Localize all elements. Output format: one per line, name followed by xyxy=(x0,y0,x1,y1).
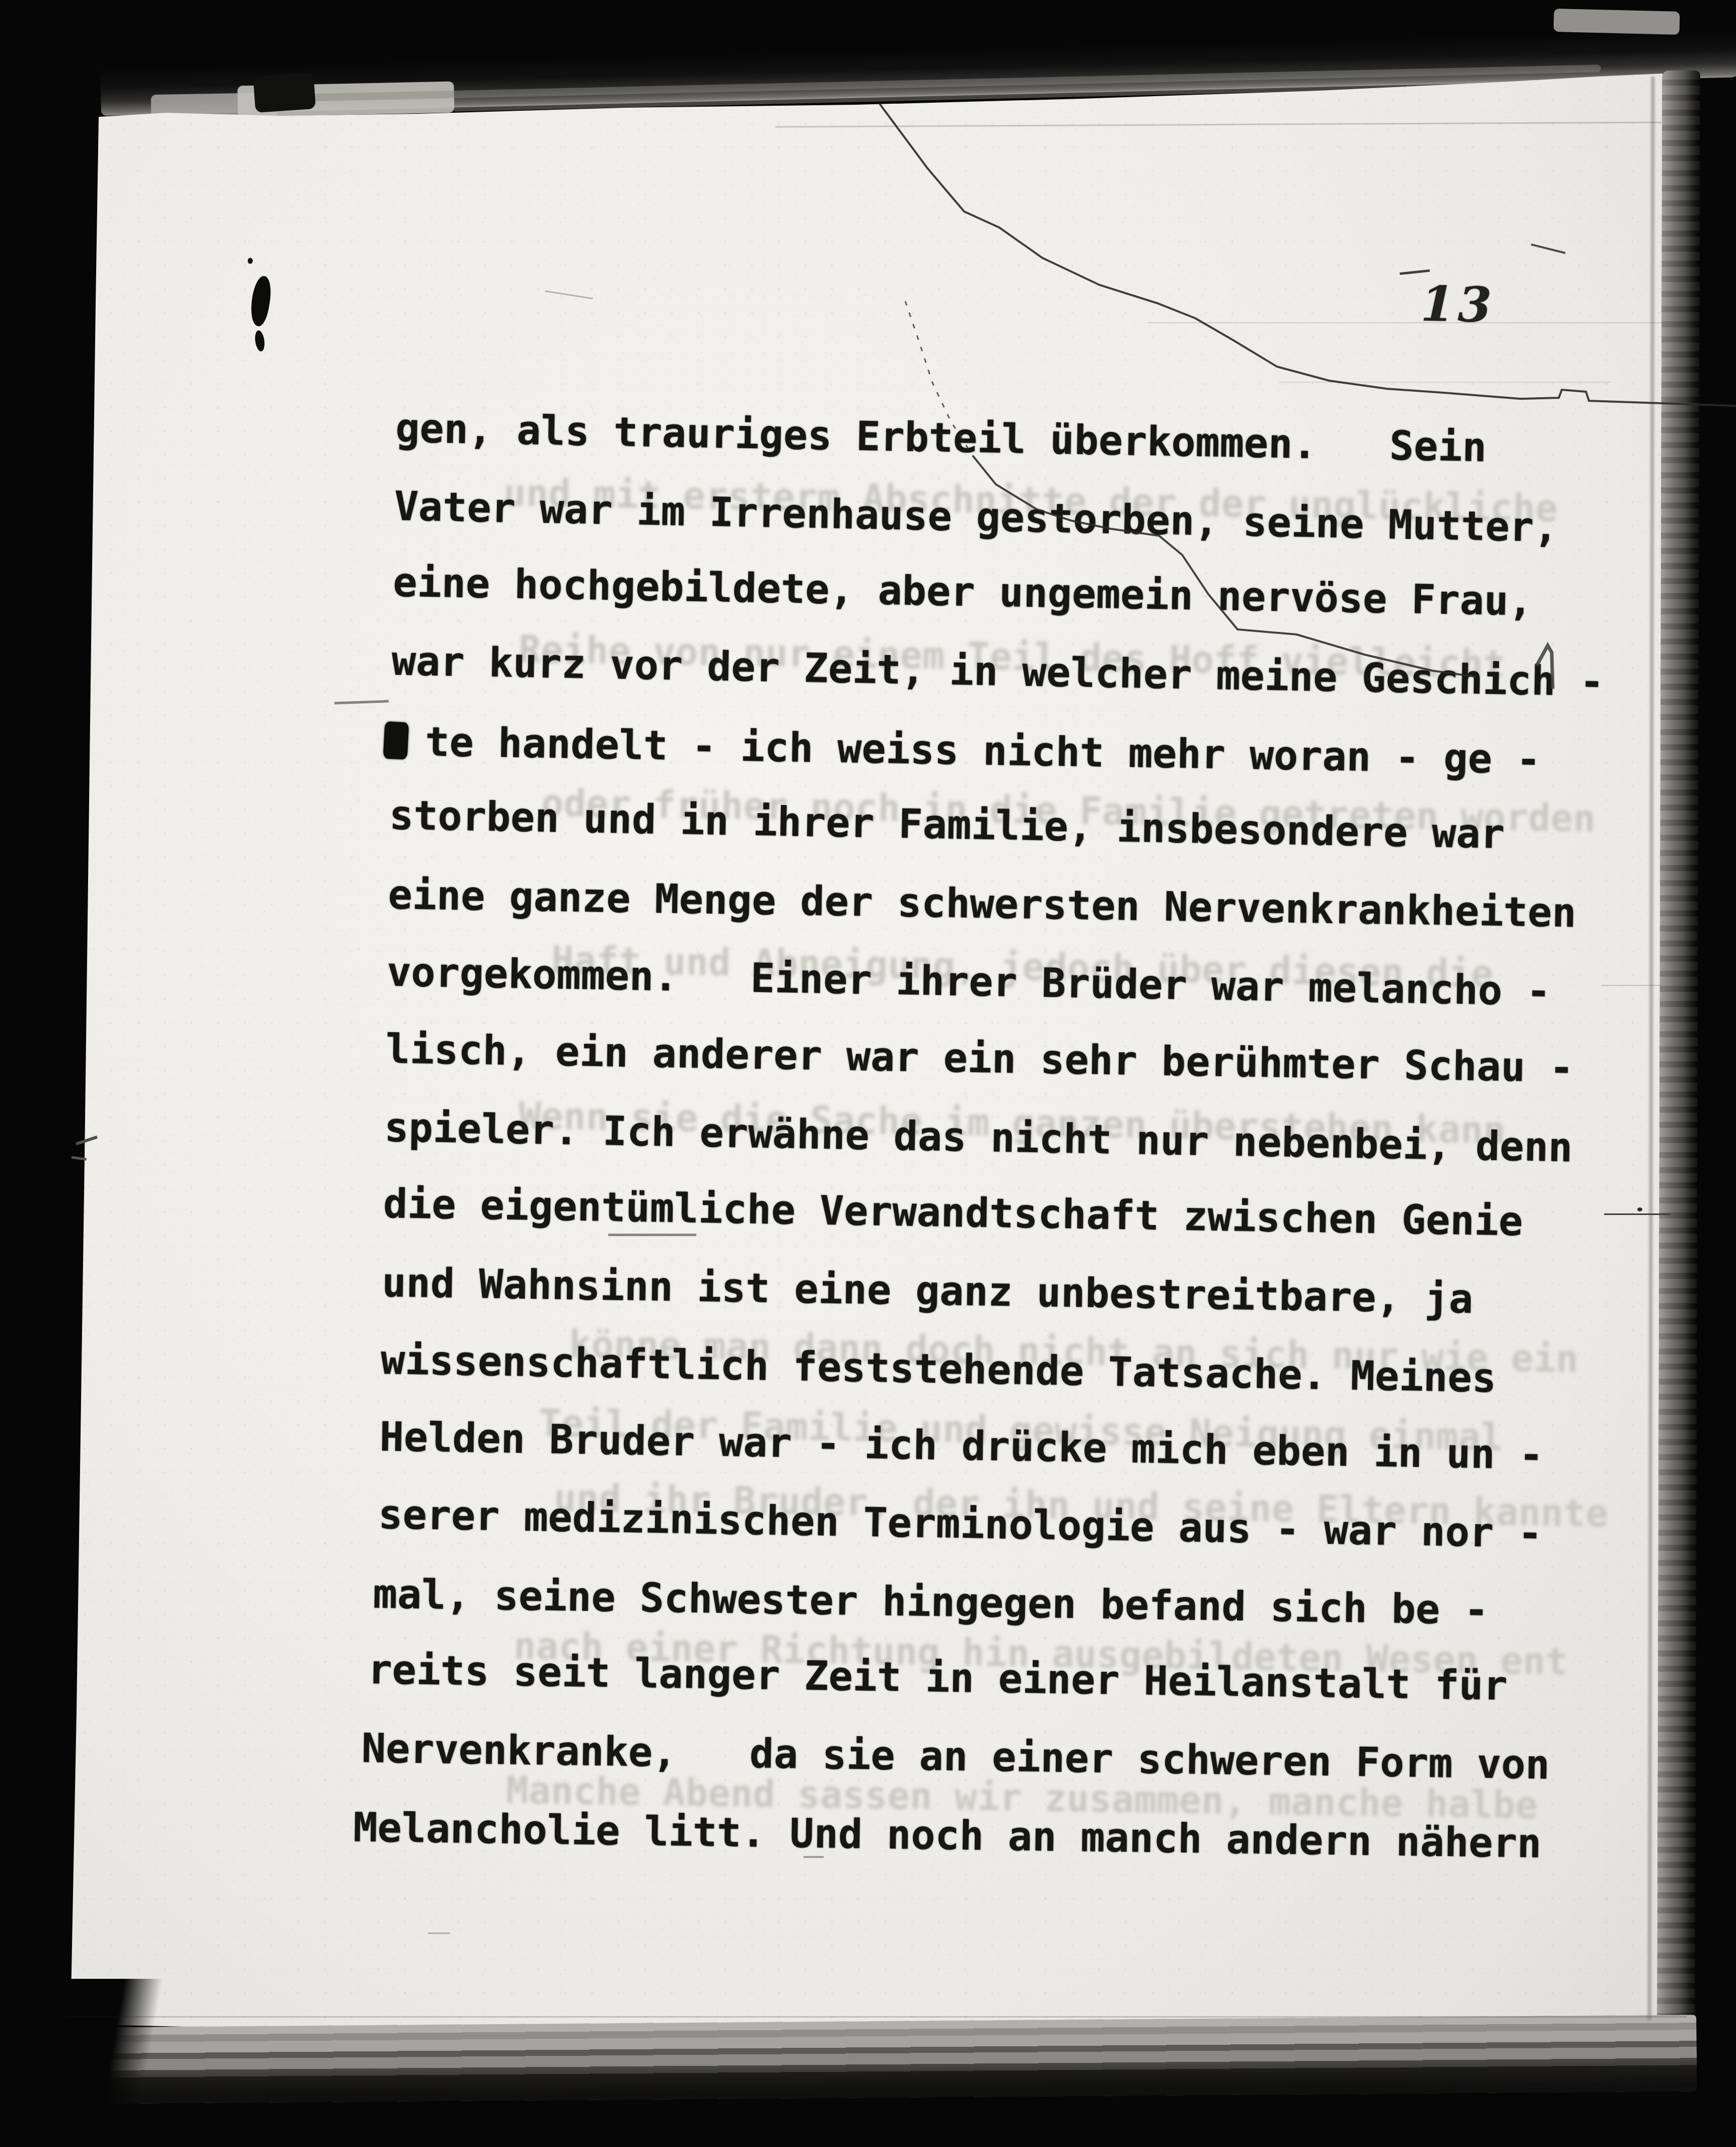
scratch-mark xyxy=(804,1856,824,1858)
scratch-mark xyxy=(428,1933,450,1934)
scratch-mark xyxy=(1637,1207,1642,1211)
scan-shadow-corner xyxy=(25,1979,186,2147)
scanned-document: 13 und mit ersterm Abschnitte der der un… xyxy=(0,0,1736,2147)
page-stack-edge-right xyxy=(1657,70,1700,2047)
scan-hairline xyxy=(1601,985,1661,986)
scan-hairline xyxy=(65,2016,1687,2018)
torn-paper-fragment xyxy=(253,73,316,113)
torn-paper-fragment xyxy=(1553,9,1680,35)
scan-hairline xyxy=(1279,382,1611,383)
typewritten-text: gen, als trauriges Erbteil überkommen. S… xyxy=(373,406,1608,1898)
underline-stroke xyxy=(608,1234,696,1236)
typewritten-line: Melancholie litt. Und noch an manch ande… xyxy=(352,1804,1566,1898)
ink-blob-strikeover xyxy=(383,722,409,760)
page-stack-edge-bottom xyxy=(59,2015,1697,2104)
typewritten-line: Nervenkranke, da sie an einer schweren F… xyxy=(361,1725,1574,1819)
scan-hairline xyxy=(1148,322,1661,323)
ink-blot xyxy=(248,258,253,264)
page-number: 13 xyxy=(1420,275,1496,333)
scratch-mark xyxy=(1604,1213,1671,1215)
margin-mark xyxy=(71,1156,87,1161)
